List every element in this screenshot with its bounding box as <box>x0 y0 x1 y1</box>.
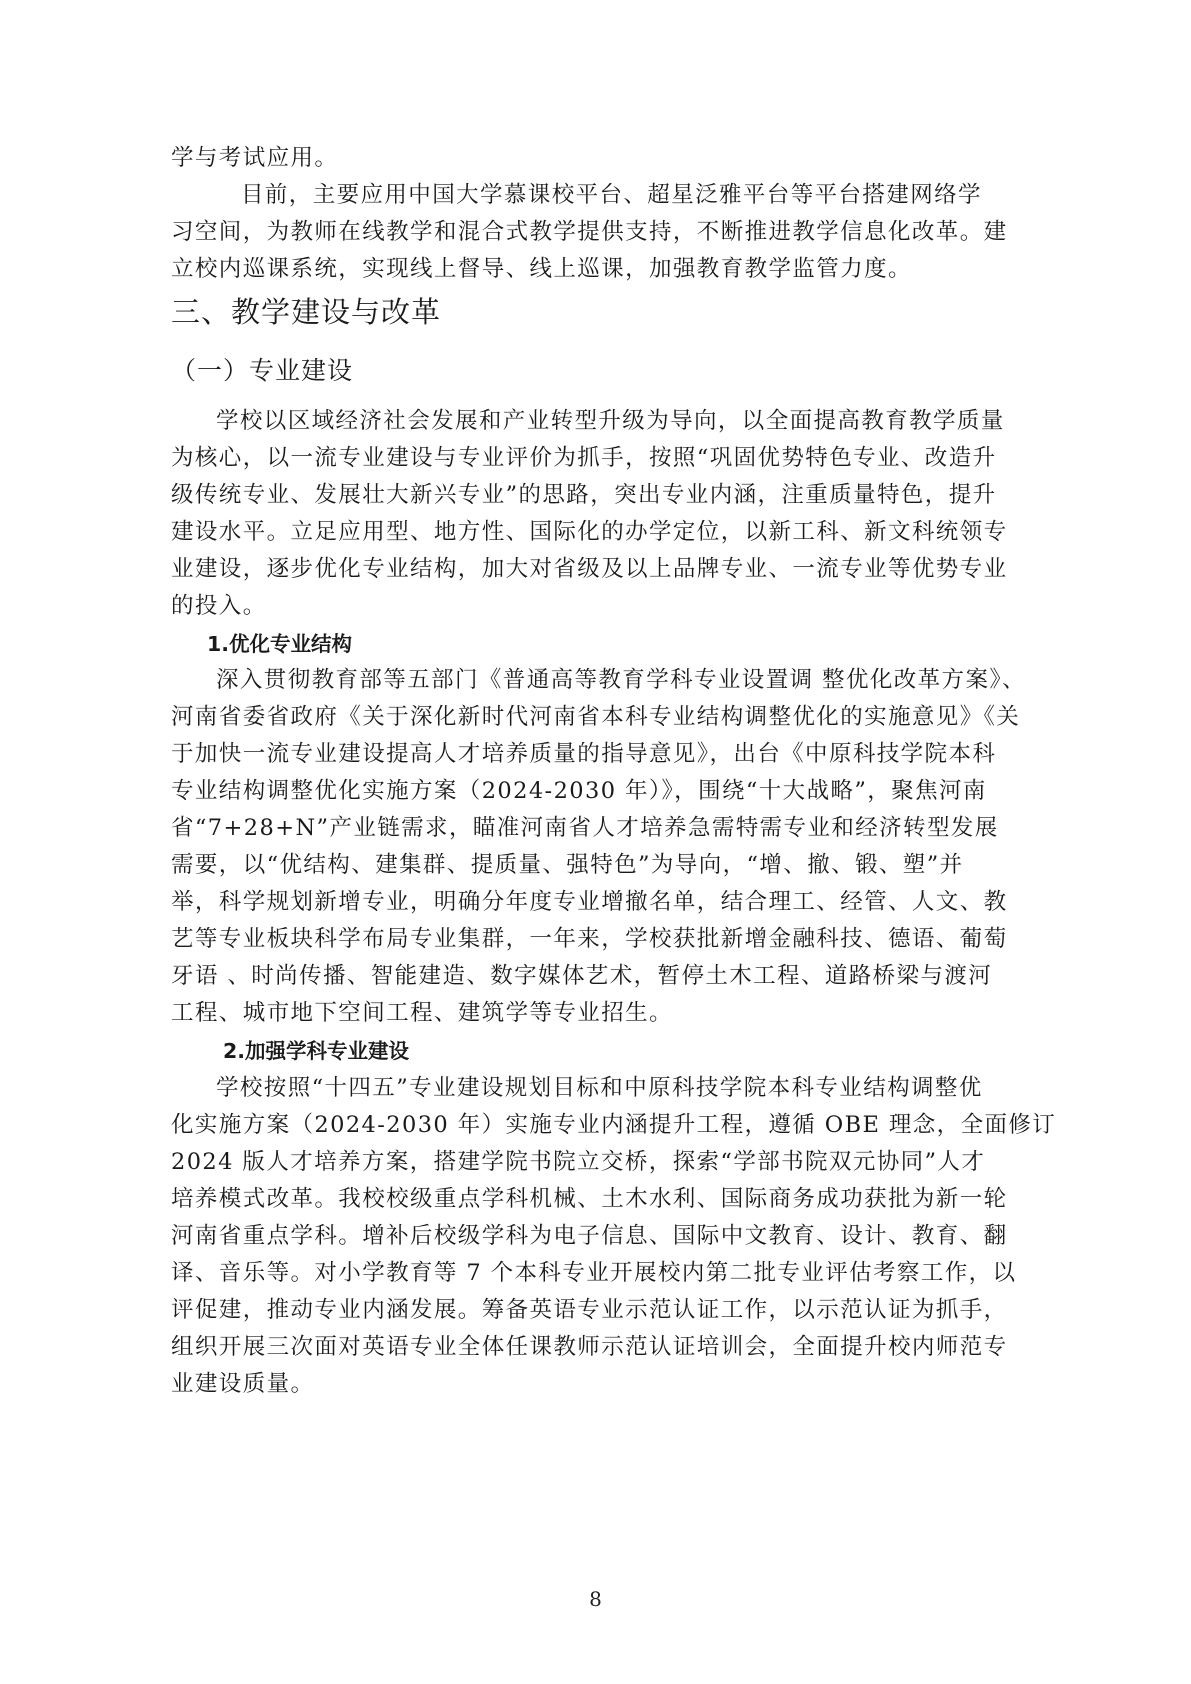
paragraph-line: 省“7+28+N”产业链需求，瞄准河南省人才培养急需特需专业和经济转型发展 <box>171 810 999 847</box>
paragraph-line: 评促建，推动专业内涵发展。筹备英语专业示范认证工作，以示范认证为抓手， <box>171 1292 1008 1329</box>
continuation-text: 学与考试应用。 <box>171 140 338 177</box>
paragraph-line: 目前，主要应用中国大学慕课校平台、超星泛雅平台等平台搭建网络学 <box>241 177 982 214</box>
paragraph-line: 建设水平。立足应用型、地方性、国际化的办学定位，以新工科、新文科统领专 <box>171 514 1008 551</box>
paragraph-line: 组织开展三次面对英语专业全体任课教师示范认证培训会，全面提升校内师范专 <box>171 1329 1008 1366</box>
paragraph-line: 工程、城市地下空间工程、建筑学等专业招生。 <box>171 995 673 1032</box>
section-title: 三、教学建设与改革 <box>171 292 441 332</box>
paragraph-line: 学校按照“十四五”专业建设规划目标和中原科技学院本科专业结构调整优 <box>216 1070 983 1107</box>
paragraph-line: 河南省委省政府《关于深化新时代河南省本科专业结构调整优化的实施意见》《关 <box>171 699 1020 736</box>
paragraph-line: 专业结构调整优化实施方案（2024-2030 年）》，围绕“十大战略”，聚焦河南 <box>171 773 987 810</box>
paragraph-line: 级传统专业、发展壮大新兴专业”的思路，突出专业内涵，注重质量特色，提升 <box>171 477 997 514</box>
paragraph-line: 译、音乐等。对小学教育等 7 个本科专业开展校内第二批专业评估考察工作，以 <box>171 1255 1016 1292</box>
paragraph-line: 业建设质量。 <box>171 1366 314 1403</box>
paragraph-line: 培养模式改革。我校校级重点学科机械、土木水利、国际商务成功获批为新一轮 <box>171 1181 1008 1218</box>
paragraph-line: 立校内巡课系统，实现线上督导、线上巡课，加强教育教学监管力度。 <box>171 251 912 288</box>
paragraph-line: 业建设，逐步优化专业结构，加大对省级及以上品牌专业、一流专业等优势专业 <box>171 551 1008 588</box>
paragraph-line: 深入贯彻教育部等五部门《普通高等教育学科专业设置调 整优化改革方案》、 <box>216 662 1026 699</box>
paragraph-line: 2024 版人才培养方案，搭建学院书院立交桥，探索“学部书院双元协同”人才 <box>171 1144 985 1181</box>
paragraph-line: 于加快一流专业建设提高人才培养质量的指导意见》，出台《中原科技学院本科 <box>171 736 996 773</box>
paragraph-line: 需要，以“优结构、建集群、提质量、强特色”为导向，“增、撤、锻、塑”并 <box>171 847 964 884</box>
paragraph-line: 习空间，为教师在线教学和混合式教学提供支持，不断推进教学信息化改革。建 <box>171 214 1008 251</box>
page-number: 8 <box>0 1587 1191 1611</box>
paragraph-line: 学校以区域经济社会发展和产业转型升级为导向，以全面提高教育教学质量 <box>216 403 1005 440</box>
paragraph-line: 牙语 、时尚传播、智能建造、数字媒体艺术，暂停土木工程、道路桥梁与渡河 <box>171 958 992 995</box>
paragraph-line: 举，科学规划新增专业，明确分年度专业增撤名单，结合理工、经管、人文、教 <box>171 884 1008 921</box>
paragraph-line: 艺等专业板块科学布局专业集群，一年来，学校获批新增金融科技、德语、葡萄 <box>171 921 1008 958</box>
subsection-title: （一）专业建设 <box>171 352 353 390</box>
item-title-2: 2.加强学科专业建设 <box>223 1033 409 1069</box>
paragraph-line: 为核心，以一流专业建设与专业评价为抓手，按照“巩固优势特色专业、改造升 <box>171 440 997 477</box>
paragraph-line: 化实施方案（2024-2030 年）实施专业内涵提升工程，遵循 OBE 理念，全… <box>171 1107 1056 1144</box>
paragraph-line: 的投入。 <box>171 588 267 625</box>
paragraph-line: 河南省重点学科。增补后校级学科为电子信息、国际中文教育、设计、教育、翻 <box>171 1218 1008 1255</box>
item-title-1: 1.优化专业结构 <box>207 626 352 662</box>
